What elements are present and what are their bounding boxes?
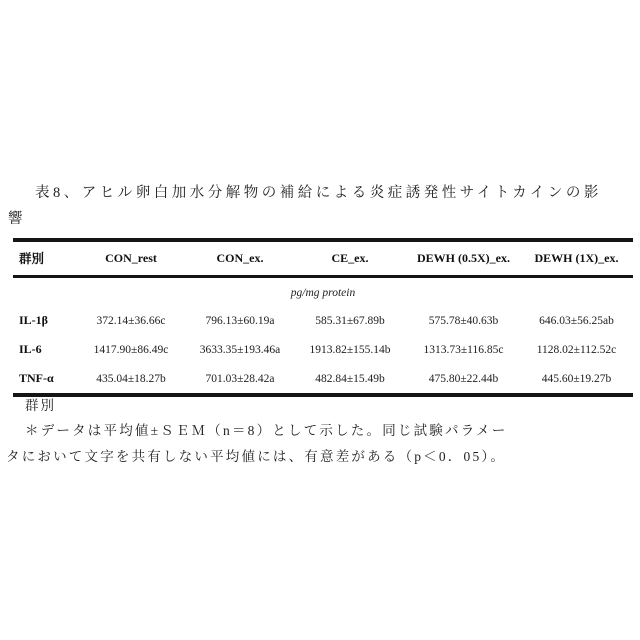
table-cell: 1417.90±86.49c xyxy=(75,335,187,364)
col-header-ce-ex: CE_ex. xyxy=(293,240,407,277)
row-label-tnfa: TNF-α xyxy=(13,364,75,395)
col-header-con-ex: CON_ex. xyxy=(187,240,293,277)
group-note: 群別 xyxy=(25,394,56,414)
table-cell: 796.13±60.19a xyxy=(187,306,293,335)
footnote-line-1: ＊データは平均値±ＳＥＭ（n＝8）として示した。同じ試験パラメー xyxy=(25,419,640,439)
table-cell: 1913.82±155.14b xyxy=(293,335,407,364)
unit-label: pg/mg protein xyxy=(13,277,633,307)
row-label-il1b: IL-1β xyxy=(13,306,75,335)
col-header-dewh-05x-ex: DEWH (0.5X)_ex. xyxy=(407,240,520,277)
row-label-il6: IL-6 xyxy=(13,335,75,364)
table-title-line-1: 表8、アヒル卵白加水分解物の補給による炎症誘発性サイトカインの影 xyxy=(8,180,632,206)
table-cell: 701.03±28.42a xyxy=(187,364,293,395)
table-cell: 585.31±67.89b xyxy=(293,306,407,335)
col-header-dewh-1x-ex: DEWH (1X)_ex. xyxy=(520,240,633,277)
unit-row: pg/mg protein xyxy=(13,277,633,307)
col-header-con-rest: CON_rest xyxy=(75,240,187,277)
table-title: 表8、アヒル卵白加水分解物の補給による炎症誘発性サイトカインの影 響 xyxy=(8,180,632,232)
table-cell: 1313.73±116.85c xyxy=(407,335,520,364)
table-cell: 1128.02±112.52c xyxy=(520,335,633,364)
table-cell: 435.04±18.27b xyxy=(75,364,187,395)
table-cell: 646.03±56.25ab xyxy=(520,306,633,335)
table-row-il1b: IL-1β 372.14±36.66c 796.13±60.19a 585.31… xyxy=(13,306,633,335)
table-header-row: 群別 CON_rest CON_ex. CE_ex. DEWH (0.5X)_e… xyxy=(13,240,633,277)
cytokine-table: 群別 CON_rest CON_ex. CE_ex. DEWH (0.5X)_e… xyxy=(13,238,633,397)
table-cell: 482.84±15.49b xyxy=(293,364,407,395)
table-row-tnfa: TNF-α 435.04±18.27b 701.03±28.42a 482.84… xyxy=(13,364,633,395)
table-cell: 3633.35±193.46a xyxy=(187,335,293,364)
table-cell: 575.78±40.63b xyxy=(407,306,520,335)
table-cell: 475.80±22.44b xyxy=(407,364,520,395)
table-row-il6: IL-6 1417.90±86.49c 3633.35±193.46a 1913… xyxy=(13,335,633,364)
table-cell: 445.60±19.27b xyxy=(520,364,633,395)
table-cell: 372.14±36.66c xyxy=(75,306,187,335)
footnote-line-2: タにおいて文字を共有しない平均値には、有意差がある（p＜0．05）。 xyxy=(6,445,634,465)
col-header-group: 群別 xyxy=(13,240,75,277)
table-title-line-2: 響 xyxy=(8,206,632,232)
